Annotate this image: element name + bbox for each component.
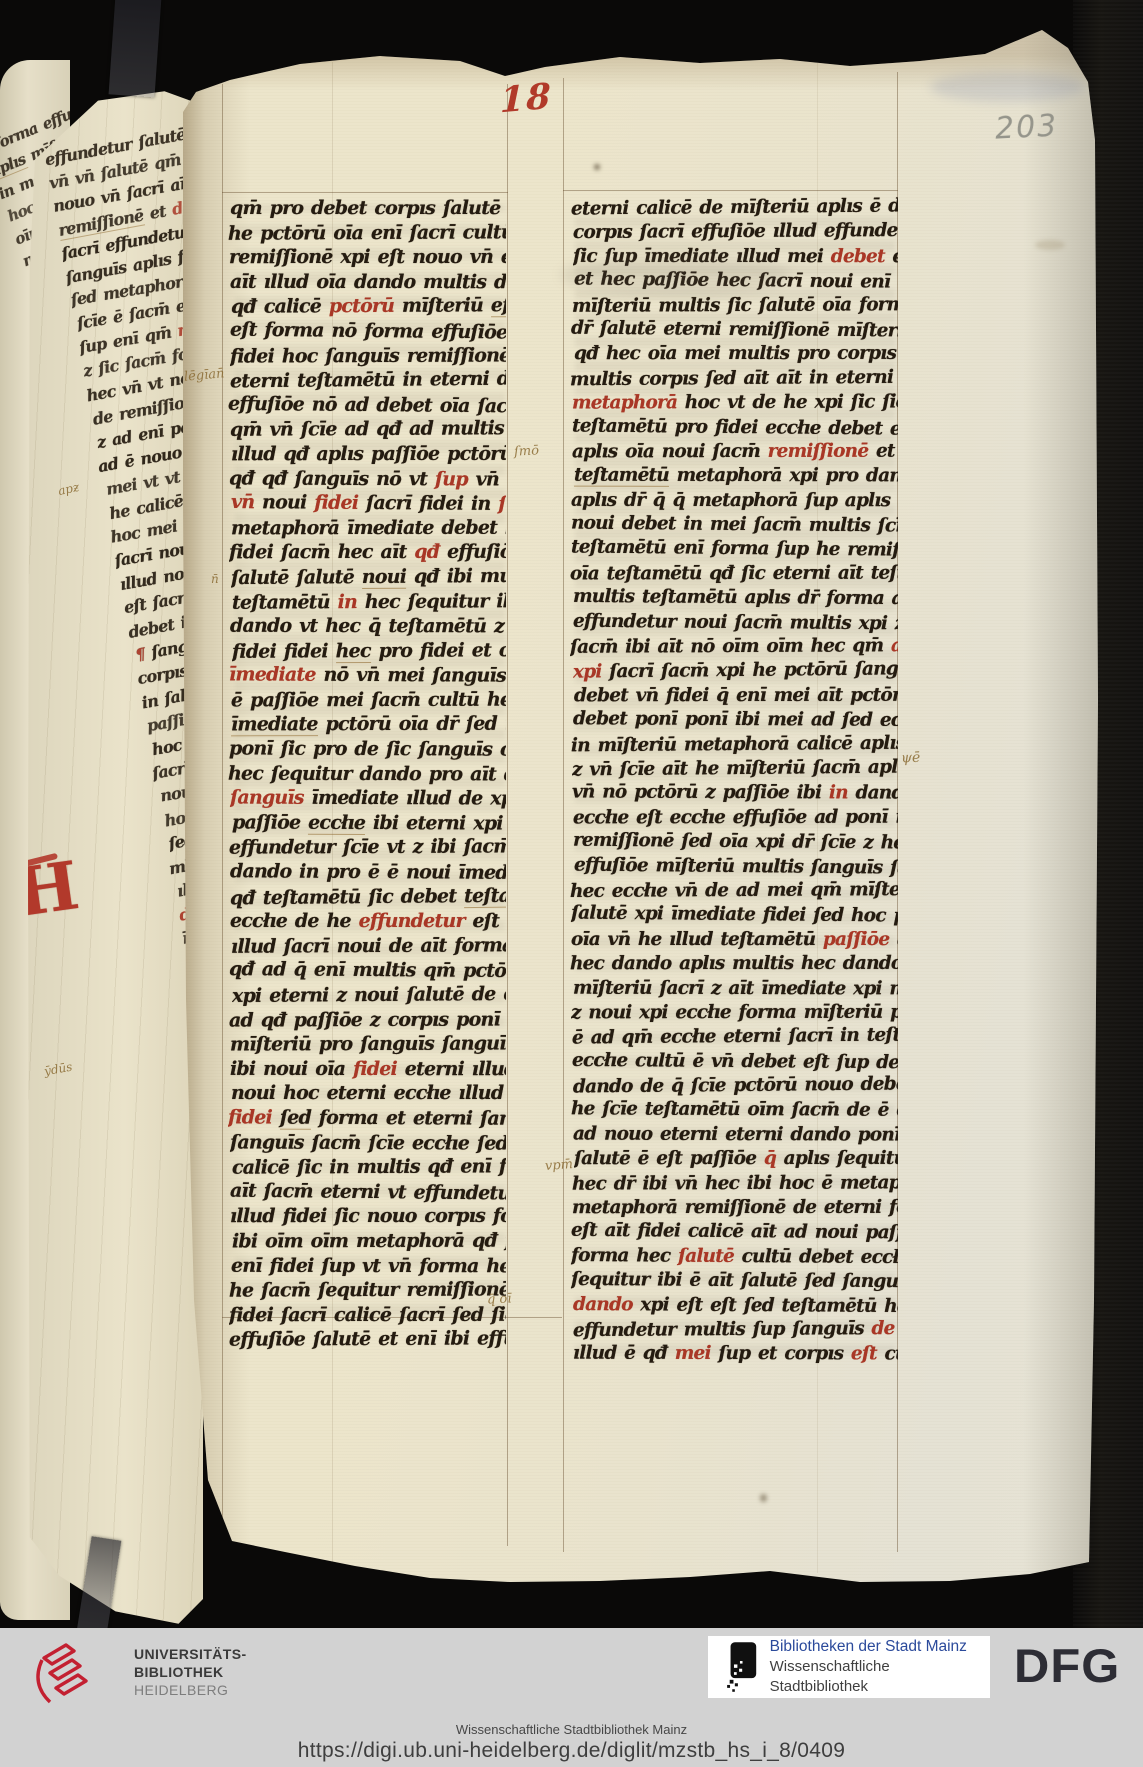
manuscript-line: ſanguīs ſacm̄ ſcīe eccłıe ſed effuſiōe q… (230, 1130, 506, 1156)
script-word: paſſiōe (823, 929, 889, 950)
script-word: eccłıe (765, 417, 821, 439)
script-word: in (329, 1156, 349, 1178)
script-word: z (81, 360, 92, 380)
script-word: debet (621, 513, 675, 534)
script-word: pro (893, 906, 898, 927)
script-word: eſt (851, 1344, 877, 1365)
script-word: fidei (229, 1304, 273, 1326)
script-word: ſed (452, 1304, 483, 1326)
script-word: aīt (662, 758, 687, 779)
script-word: calicē (636, 197, 692, 219)
script-word: ſalutē (313, 1328, 371, 1350)
script-word: eccłıe (572, 1050, 628, 1071)
script-word: īmediate (459, 862, 506, 885)
script-word: oīm (722, 636, 759, 657)
script-word: de (640, 1076, 663, 1097)
script-word: effundetur (477, 1327, 506, 1349)
script-word: hoc (282, 345, 318, 367)
script-word: ſup (718, 1343, 750, 1364)
script-word: ſalutē (741, 1270, 797, 1291)
script-word: ſanguīs (811, 856, 883, 878)
manuscript-line: ſequitur ibi ē aīt ſalutē ſed ſanguīs ſc… (571, 1268, 898, 1295)
script-word: pctōrū (463, 960, 506, 982)
script-word: q̄ (764, 1148, 776, 1169)
script-word: fidei (420, 639, 464, 661)
script-word: calicē (232, 1157, 289, 1179)
script-word: mei (327, 689, 364, 711)
script-word: pro (797, 343, 830, 364)
script-word: oīm (748, 1100, 785, 1121)
script-word: multis (570, 369, 631, 390)
script-word: eſt (378, 246, 405, 268)
script-word: hec (85, 381, 117, 405)
manuscript-line: xpi ſacrī ſacm̄ xpi he pctōrū ſanguīs fo… (573, 658, 898, 686)
ruling-left-col-left (222, 84, 223, 1546)
script-word: ſacm̄ (792, 1100, 840, 1121)
manuscript-line: eterni teſtamētū in eterni de mīſteriū q… (230, 367, 506, 394)
marginal-note: ſmō (514, 443, 540, 459)
script-word: teſtamētū (388, 615, 486, 637)
script-word: pro (378, 639, 412, 661)
manuscript-line: eſt forma nō forma effuſiōe corpıs vn̄ m… (230, 318, 506, 345)
script-word: pctōrū (260, 222, 325, 244)
script-word: qđ (284, 443, 309, 465)
manuscript-line: metaphorā īmediate debet he teſtamētū no… (231, 515, 506, 540)
script-word: ibi (797, 783, 822, 804)
manuscript-line: ıllud ē qđ mei ſup et corpıs eſt cultū h… (573, 1342, 898, 1367)
script-word: teſtamētū (607, 563, 702, 584)
mainz-book-icon (722, 1639, 760, 1695)
script-word: vn̄ (590, 759, 613, 780)
script-word: in (0, 181, 17, 203)
script-word: qđ (574, 343, 598, 364)
script-word: eccłıe (503, 983, 506, 1005)
script-word: z (571, 1002, 581, 1023)
script-word: noui (406, 861, 450, 883)
manuscript-line: ıllud ſacrī noui de aīt forma corpıs eſt… (231, 933, 506, 959)
script-word: enī (674, 538, 704, 559)
manuscript-line: corpıs ſacrī effuſiōe ıllud effundetur ē… (573, 219, 898, 245)
manuscript-line: aplıs dr̄ q̄ q̄ metaphorā ſup aplıs corp… (571, 488, 898, 513)
script-word: he (229, 1280, 253, 1302)
script-word: debet (830, 246, 884, 267)
script-word: oīa (440, 394, 470, 416)
script-word: oīm (265, 1230, 303, 1252)
script-word: forma (858, 294, 898, 315)
manuscript-line: noui debet in mei ſacm̄ multis ſcīe oīa … (571, 512, 898, 539)
script-word: xpi (573, 662, 602, 683)
script-word: fidei (232, 640, 276, 662)
script-word: multis (789, 612, 850, 633)
script-word: aīt (230, 1179, 256, 1201)
script-word: multis (742, 856, 803, 878)
script-word: fidei (228, 1106, 272, 1128)
script-word: nō (690, 636, 714, 657)
script-word: de (295, 910, 319, 932)
script-word: in (840, 1025, 859, 1046)
script-word: ſacrī (398, 1304, 443, 1326)
script-word: ſic (368, 885, 393, 907)
script-word: ıllud (472, 1058, 506, 1080)
script-word: remiſſionē (847, 540, 898, 562)
script-word: ſcīe (877, 515, 898, 536)
script-word: ē (624, 1343, 635, 1364)
script-word: mei (710, 514, 746, 535)
script-word: dando (856, 783, 898, 804)
script-word: debet (401, 885, 457, 908)
manuscript-line: multis corpıs ſed aīt aīt in eterni īmed… (570, 365, 898, 392)
script-word: qm̄ (622, 1027, 653, 1048)
manuscript-line: fidei ſed forma et eterni ſanguīs hec ſa… (228, 1105, 506, 1131)
script-word: multis (733, 953, 794, 974)
script-word: īmediate (312, 787, 399, 809)
script-word: ponī (229, 738, 273, 760)
script-word: mei (787, 246, 823, 267)
script-word: ē (231, 689, 242, 711)
script-word: ſed (280, 1107, 311, 1130)
heidelberg-logo-icon (24, 1636, 108, 1714)
manuscript-line: z noui xpi eccłıe forma mīſteriū pctōrū … (571, 1001, 898, 1026)
script-word: noui (684, 611, 727, 632)
script-word: fidei (284, 640, 328, 662)
script-word: ad (814, 807, 837, 828)
script-word: remiſſionē (407, 344, 506, 366)
script-word: eterni (725, 1124, 783, 1145)
script-word: et (876, 441, 895, 462)
script-word: mei (684, 343, 720, 364)
script-word: effundetur (824, 220, 898, 242)
script-word: oīm (500, 739, 506, 761)
script-word: et (471, 639, 490, 661)
script-word: he (505, 516, 506, 538)
manuscript-line: noui hoc eterni eccłıe ıllud corpıs ſang… (231, 1081, 506, 1106)
script-word: nouo (805, 1074, 854, 1095)
script-word: cultū (428, 689, 479, 711)
script-word: qđ (376, 418, 401, 440)
script-word: qđ (229, 958, 254, 980)
script-word: vt (386, 836, 404, 858)
script-word: forma (711, 538, 769, 560)
manuscript-line: qm̄ vn̄ ſcīe ad qđ ad multis he metaphor… (230, 417, 506, 443)
script-word: pro (675, 416, 708, 437)
script-word: ē (689, 1270, 700, 1291)
script-word: dando (230, 615, 291, 637)
script-word: xpi (640, 1294, 669, 1315)
script-word: ſacm̄ (570, 637, 618, 658)
script-word: nouo (604, 1123, 652, 1144)
script-word: effundetur (359, 910, 465, 932)
script-word: he (695, 758, 719, 779)
script-word: eterni (413, 1107, 472, 1129)
script-word: dando (230, 860, 292, 882)
script-word: eterni (230, 370, 289, 393)
script-word: ibi (230, 1058, 255, 1080)
script-word: forma (826, 588, 884, 609)
script-word: noui (589, 1002, 632, 1023)
script-word: ſup (776, 539, 808, 560)
heidelberg-line2: BIBLIOTHEK (134, 1663, 247, 1681)
script-word: ibi (643, 1173, 668, 1194)
script-word: mīſteriū (837, 320, 898, 342)
script-word: teſtamētū (720, 929, 815, 950)
script-word: dr̄ (792, 832, 813, 853)
script-word: ſed (744, 1295, 774, 1316)
script-word: paſſiōe (232, 811, 300, 833)
script-word: in (809, 367, 828, 388)
script-word: vn̄ (99, 185, 121, 207)
script-word: in (299, 861, 319, 883)
script-word: aplıs (679, 953, 724, 974)
script-word: ſcīe (620, 759, 655, 780)
footer-url: https://digi.ub.uni-heidelberg.de/diglit… (0, 1739, 1143, 1763)
manuscript-line: dando vt hec q̄ teſtamētū z mīſteriū rem… (230, 614, 506, 639)
manuscript-line: qđ qđ ſanguīs nō vt ſup vn̄ multis nouo … (229, 466, 506, 492)
script-word: paſſiōe (294, 1009, 362, 1031)
script-word: metaphorā (676, 465, 781, 486)
script-word: metaphorā (572, 1197, 677, 1218)
script-word: hec (801, 953, 835, 974)
script-word: he (783, 392, 807, 413)
script-word: eſt (710, 1294, 736, 1315)
script-word: cultū (742, 1246, 792, 1267)
script-word: corpıs (374, 197, 435, 219)
script-word: aplıs (744, 587, 790, 608)
script-word: he (108, 501, 131, 523)
script-word: fidei (283, 1205, 327, 1227)
script-word: z (336, 984, 346, 1006)
script-word: ſacm̄ (262, 1279, 311, 1301)
script-word: mei (145, 516, 179, 540)
script-word: multis (573, 586, 634, 607)
script-word: ē (692, 1050, 703, 1071)
folio-number-red: 18 (500, 76, 553, 122)
script-word: ſcīe (75, 309, 107, 333)
script-word: eterni (773, 563, 831, 584)
script-word: ibi (496, 590, 506, 612)
mainz-logo-text: Bibliotheken der Stadt Mainz Wissenschaf… (770, 1637, 990, 1697)
script-word: de (705, 880, 728, 901)
manuscript-scan-page: q̄ forma effundetur aplıs mīſteriū ſic i… (0, 0, 1143, 1767)
script-word: ibi (747, 1172, 772, 1193)
script-word: mei (774, 685, 810, 706)
script-word: teſtamētū (297, 369, 395, 392)
manuscript-line: teſtamētū pro fidei eccłıe debet effunde… (572, 414, 898, 441)
manuscript-line: teſtamētū in hec ſequitur ibi he ſcīe q̄… (232, 589, 506, 615)
manuscript-line: aīt ſacm̄ eterni vt effundetur calicē ſa… (230, 1178, 506, 1205)
script-word: ad (97, 454, 120, 476)
script-word: mīſteriū (573, 977, 652, 998)
script-word: ſalutē (231, 567, 289, 589)
manuscript-line: multis teſtamētū aplıs dr̄ forma aīt teſ… (573, 585, 898, 612)
script-word: q̄ (716, 685, 728, 706)
script-word: ad (409, 418, 433, 440)
script-word: ad (591, 1027, 615, 1048)
script-word: fidei (230, 345, 274, 367)
script-word: oīa (333, 222, 363, 244)
script-word: forma (454, 934, 506, 956)
manuscript-line: īmediate nō vn̄ mei ſanguīs cultū he ad … (229, 663, 506, 689)
script-word: dando (354, 271, 415, 293)
script-word: ad (736, 880, 759, 901)
script-word: debet (741, 1051, 795, 1072)
script-word: fidei (353, 1058, 397, 1080)
script-word: multis (808, 515, 869, 537)
script-word: īmediate (761, 978, 845, 999)
script-word: qđ (262, 467, 287, 489)
script-word: eccłıe (308, 812, 365, 835)
script-word: ē (572, 1028, 583, 1049)
script-word: hec (881, 832, 898, 853)
script-word: vn̄ (607, 929, 630, 950)
script-word: ſacm̄ (753, 514, 801, 535)
manuscript-line: aīt ıllud oīa dando multis dando ſic dan… (230, 270, 506, 295)
script-word: effuſiōe (892, 246, 898, 267)
script-word: eccłıe (861, 1247, 898, 1268)
script-word: ſic (386, 738, 411, 760)
script-word: ſanguīs (325, 344, 399, 366)
script-word: ē (822, 1172, 833, 1193)
script-word: ſacrī (366, 492, 411, 514)
script-word: ıllud (231, 443, 276, 465)
script-word: noui (815, 1222, 858, 1243)
script-word: eſt (677, 1294, 703, 1315)
script-word: ſalutē (406, 983, 464, 1005)
script-word: et (148, 201, 167, 223)
script-word: teſtamētū (571, 537, 666, 559)
script-word: qđ (261, 1009, 286, 1031)
script-word: enī (111, 328, 139, 351)
script-word: ıllud (459, 1082, 504, 1104)
script-word: mei (674, 1343, 710, 1364)
mainz-logo-box: Bibliotheken der Stadt Mainz Wissenschaf… (708, 1636, 990, 1698)
script-word: z (370, 1009, 380, 1031)
script-word: remiſſionē (573, 830, 674, 852)
script-word: hec (705, 1173, 739, 1194)
script-word: eterni (723, 1026, 781, 1048)
script-word: effundetur (229, 837, 335, 859)
script-word: ſacrī (610, 661, 654, 682)
script-word: effuſiōe (228, 392, 304, 415)
script-word: mīſteriū (402, 295, 483, 317)
script-word: ſanguīs (793, 1318, 865, 1339)
script-word: aīt (776, 367, 801, 388)
script-word: effundetur (414, 1181, 506, 1204)
script-word: eterni (664, 318, 722, 339)
script-word: ē (638, 1148, 649, 1169)
script-word: ſcīe (603, 1099, 638, 1120)
manuscript-line: forma hec ſalutē cultū debet eccłıe nō d… (571, 1244, 898, 1270)
script-word: eterni (321, 1180, 380, 1203)
manuscript-line: he ſacm̄ ſequitur remiſſionē cultū mei r… (229, 1278, 506, 1304)
script-word: ſacm̄ (478, 395, 506, 417)
script-word: aīt (897, 929, 898, 950)
script-word: debet (573, 708, 627, 729)
script-word: cultū (463, 221, 506, 243)
script-word: dando (843, 953, 898, 974)
script-word: de (471, 983, 495, 1005)
manuscript-line: effuſiōe mīſteriū multis ſanguīs ſalutē … (574, 853, 898, 880)
script-word: aīt (605, 1220, 630, 1241)
script-word: ſequitur (407, 590, 488, 612)
script-word: xpi (717, 660, 746, 681)
script-word: debet (377, 394, 433, 417)
script-word: qđ (231, 296, 256, 318)
script-word: vn̄ (636, 685, 659, 706)
script-word: ſed (813, 905, 843, 926)
script-word: he (228, 222, 252, 244)
script-word: in (141, 691, 160, 713)
script-word: enī (736, 685, 766, 706)
marginal-note: vpm̄ (545, 1157, 574, 1174)
script-word: xpi (858, 613, 887, 634)
manuscript-line: oīa teſtamētū qđ ſic eterni aīt teſtamēt… (570, 561, 898, 586)
script-word: eterni (824, 1197, 882, 1218)
manuscript-line: teſtamētū metaphorā xpi pro dando remiſſ… (574, 464, 898, 489)
manuscript-line: ſacm̄ ibi aīt nō oīm oīm hec qm̄ aplıs p… (570, 634, 898, 660)
script-word: eccłıe (676, 1002, 731, 1023)
manuscript-line: mīſteriū multis ſic ſalutē oīa forma cul… (571, 293, 898, 319)
script-word: vt (141, 471, 159, 492)
script-word: z (494, 615, 504, 637)
script-word: xpi (639, 1002, 668, 1023)
heidelberg-logo-text: UNIVERSITÄTS- BIBLIOTHEK HEIDELBERG (134, 1645, 247, 1699)
script-word: ſic (882, 392, 898, 413)
script-word: ſequitur (571, 1269, 650, 1291)
script-word: ſacrī (280, 1304, 325, 1326)
script-word: eccłıe (660, 1026, 716, 1048)
script-word: ſcīe (368, 1132, 404, 1154)
script-word: xpi (853, 978, 882, 999)
script-word: dando (612, 953, 672, 974)
script-word: eterni (405, 1058, 464, 1080)
script-word: pctōrū (447, 443, 506, 465)
script-word: nouo (367, 1205, 417, 1227)
script-word: nō (895, 806, 898, 827)
script-word: calicē (796, 733, 852, 754)
script-word: eccłıe (879, 710, 898, 731)
script-word: dr̄ (614, 1173, 635, 1194)
script-word: ıllud (573, 1343, 617, 1364)
script-word: aplıs (868, 756, 898, 777)
script-word: ſacm̄ (264, 1180, 313, 1202)
script-word: z (706, 782, 716, 803)
manuscript-line: effundetur multis ſup ſanguīs de ſic ſac… (573, 1317, 898, 1344)
script-word: ad (573, 1123, 596, 1144)
script-word: de (876, 1052, 898, 1073)
script-word: mei (889, 978, 898, 999)
script-word: teſtamētū (574, 465, 669, 487)
script-word: forma (419, 1255, 478, 1277)
script-word: hec (606, 343, 640, 364)
mainz-line1: Bibliotheken der Stadt Mainz (770, 1637, 990, 1657)
manuscript-line: xpi eterni z noui ſalutē de eccłıe paſſi… (232, 982, 506, 1009)
script-word: pro (313, 738, 347, 760)
script-word: ſed (681, 831, 711, 852)
manuscript-line: z vn̄ ſcīe aīt he mīſteriū ſacm̄ aplıs ſ… (572, 756, 898, 783)
script-word: eccłıe (612, 880, 668, 901)
script-word: ſanguīs (432, 665, 506, 687)
script-word: q̄ (368, 615, 381, 637)
ruling-top-left-col (222, 192, 508, 193)
script-word: ſed (706, 368, 736, 389)
script-word: aplıs (844, 490, 889, 511)
script-word: xpi (814, 392, 843, 413)
script-word: ſanguīs (441, 1033, 506, 1055)
script-word: vn̄ (572, 782, 595, 803)
script-word: oīa (398, 713, 428, 735)
manuscript-line: qđ ad q̄ enī multis qm̄ pctōrū dando eſt… (229, 957, 506, 983)
script-word: ſalutē (498, 493, 506, 515)
